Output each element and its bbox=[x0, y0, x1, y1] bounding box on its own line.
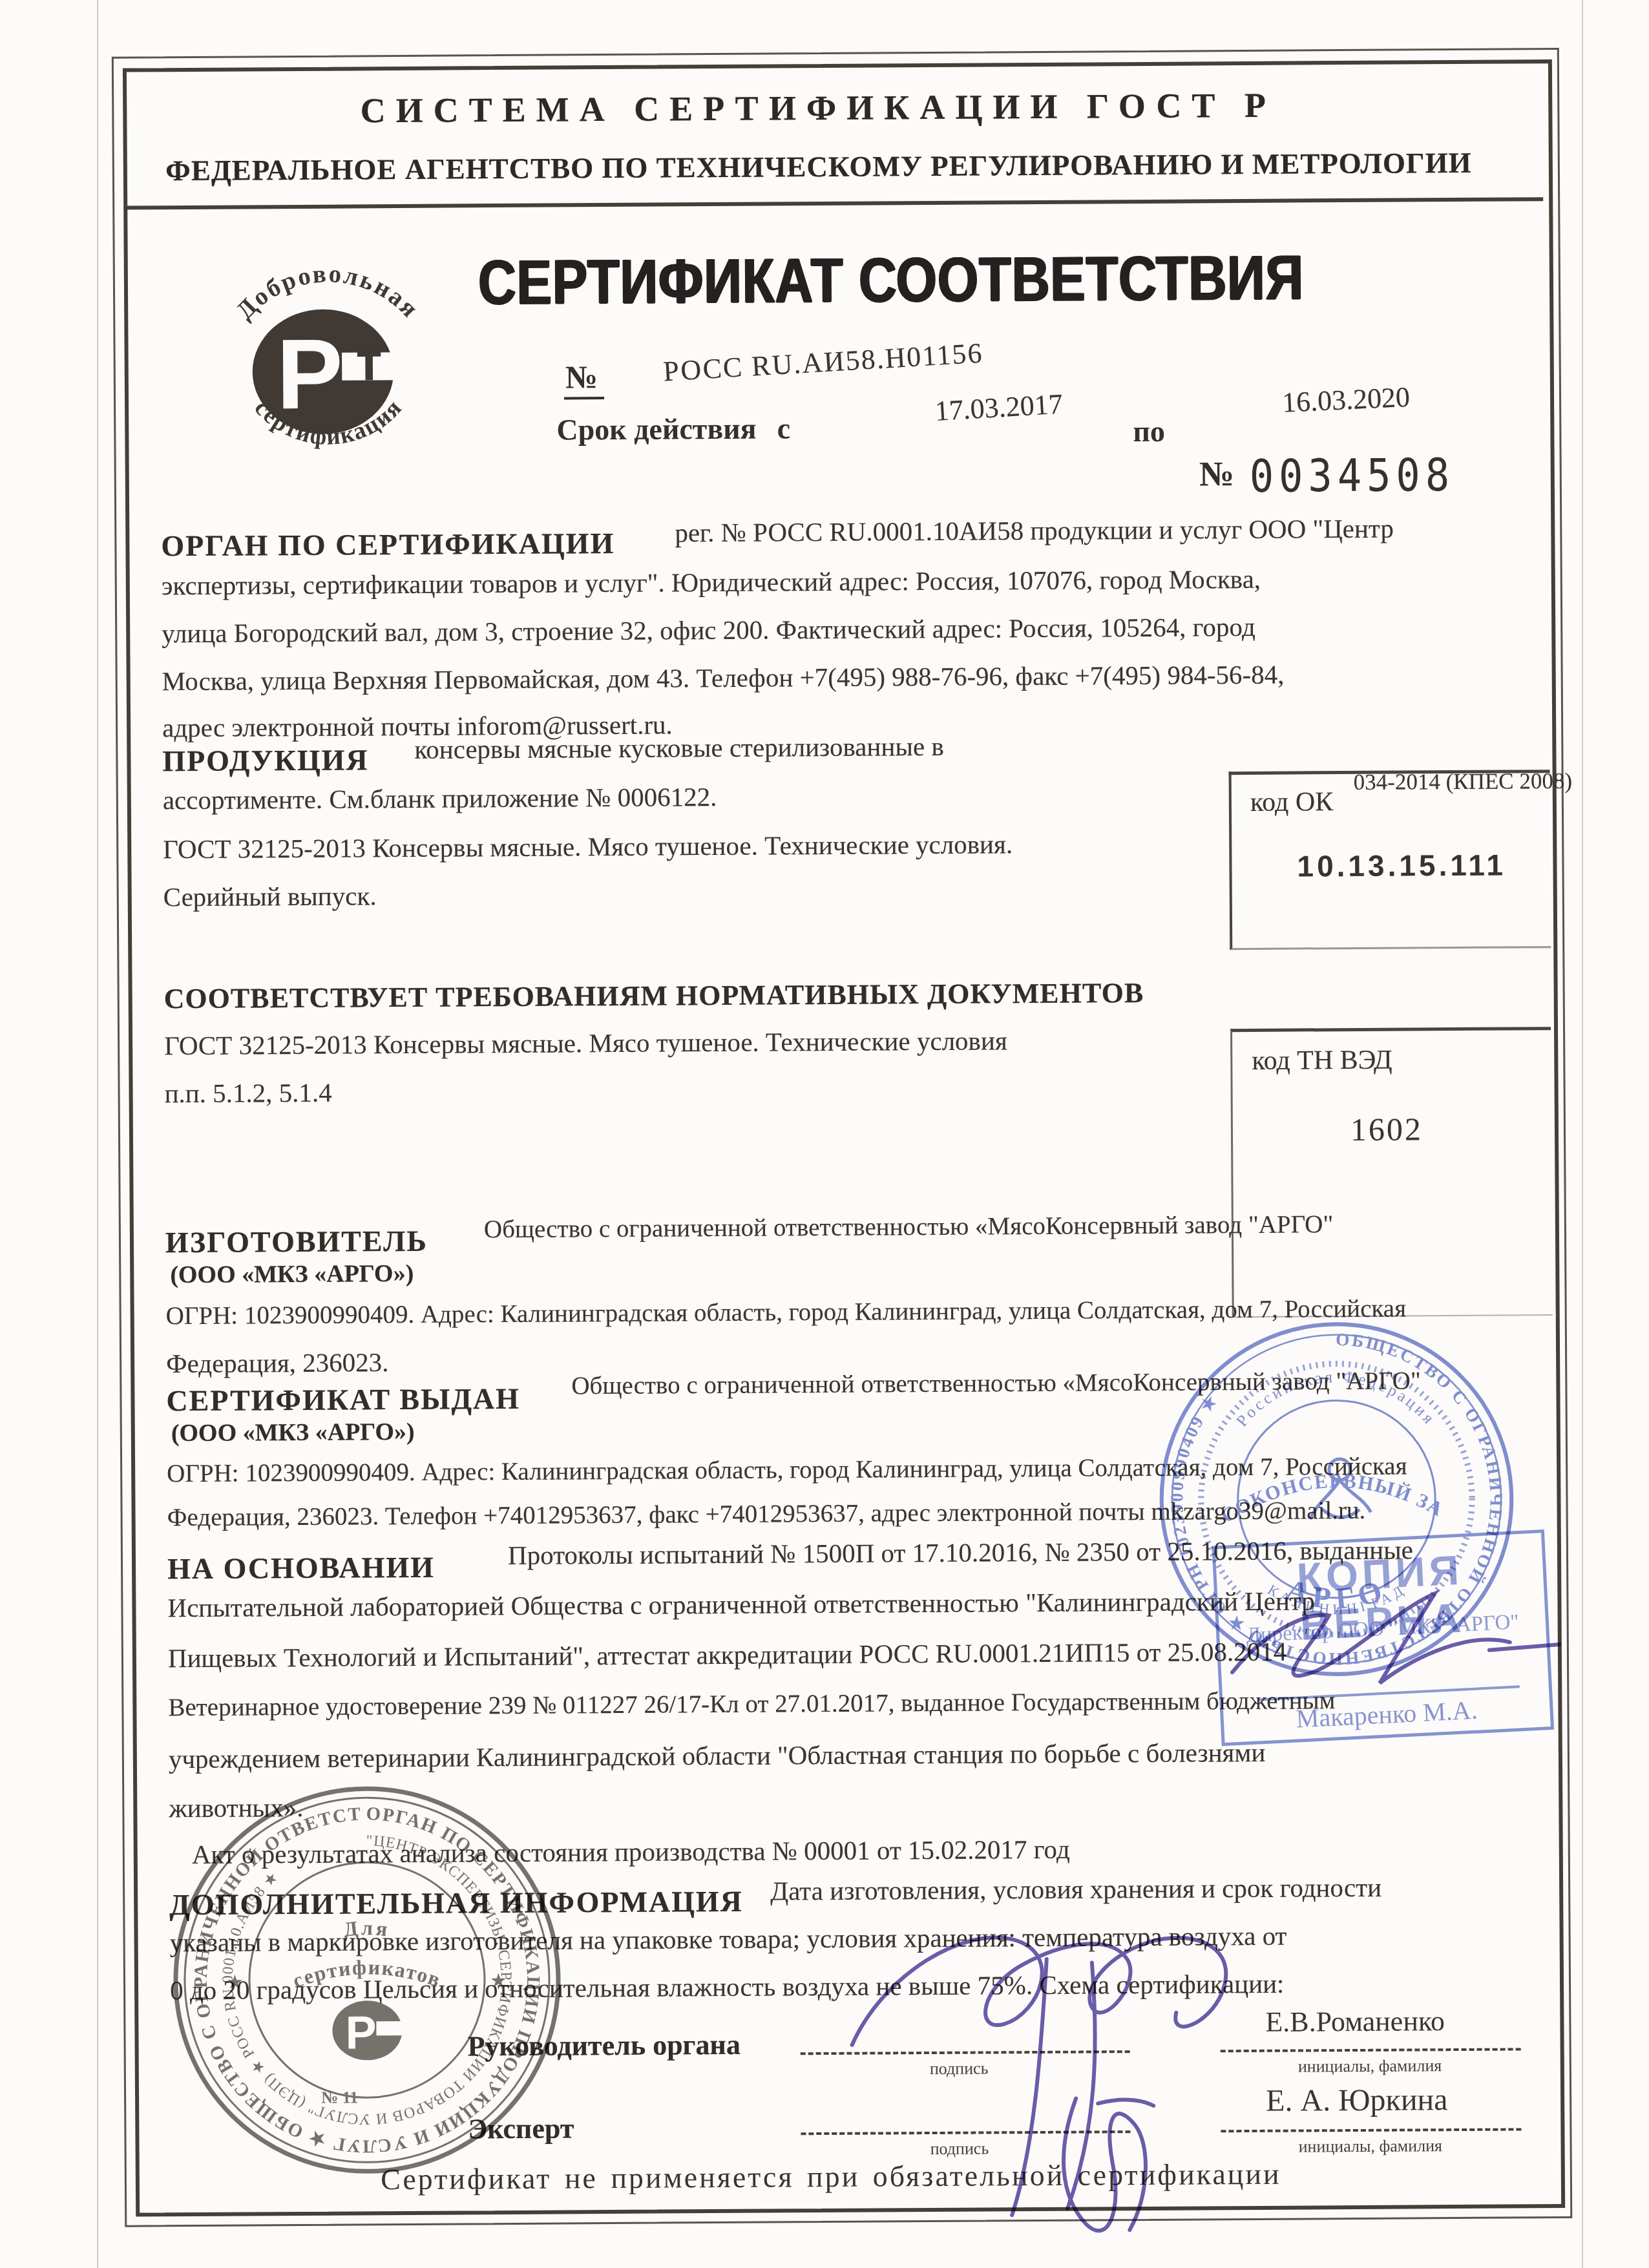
certificate-sheet: СИСТЕМА СЕРТИФИКАЦИИ ГОСТ Р ФЕДЕРАЛЬНОЕ … bbox=[0, 0, 1649, 2268]
head-signature bbox=[852, 1936, 1226, 2044]
certificate-page: СИСТЕМА СЕРТИФИКАЦИИ ГОСТ Р ФЕДЕРАЛЬНОЕ … bbox=[0, 0, 1649, 2268]
director-signature bbox=[1232, 1593, 1559, 1684]
handwritten-signatures bbox=[0, 0, 1649, 2268]
head-signature-tails bbox=[1011, 1958, 1097, 2215]
expert-signature bbox=[1063, 2098, 1154, 2231]
